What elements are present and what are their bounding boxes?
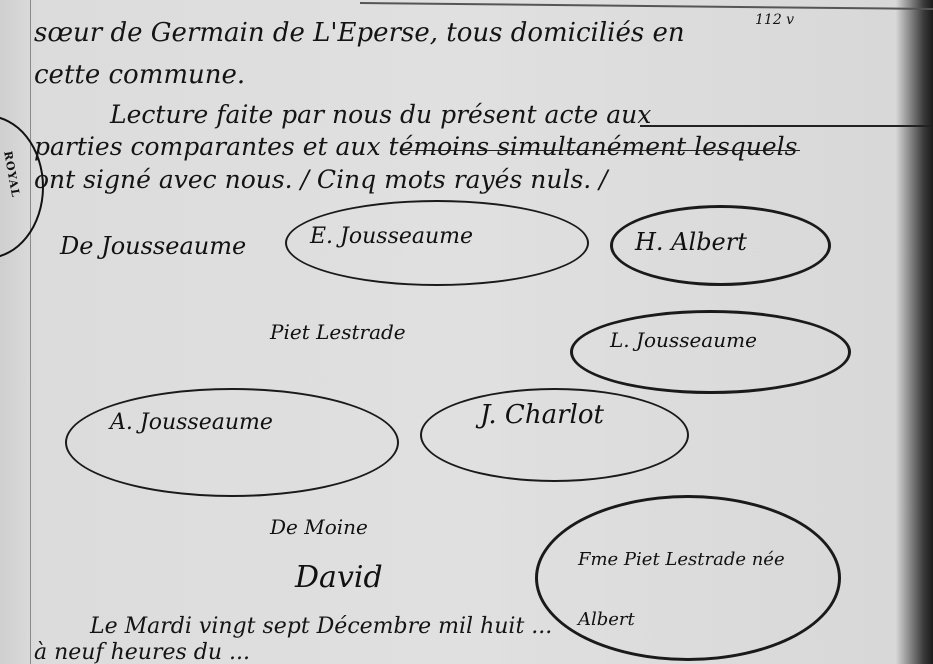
- signature-flourish: [570, 310, 851, 394]
- top-rule: [360, 2, 933, 10]
- signature: Fme Piet Lestrade née Albert: [578, 530, 798, 650]
- signature: Piet Lestrade: [270, 320, 406, 344]
- strike-line: [400, 150, 800, 151]
- text-line-4: parties comparantes et aux témoins simul…: [34, 132, 797, 161]
- margin-rule: [30, 0, 31, 664]
- text-line-3: Lecture faite par nous du présent acte a…: [110, 100, 651, 129]
- folio-number: 112 v: [755, 12, 794, 28]
- signature: E. Jousseaume: [310, 224, 473, 249]
- signature: H. Albert: [635, 228, 747, 256]
- signature: David: [295, 560, 383, 595]
- text-line-1: sœur de Germain de L'Eperse, tous domici…: [34, 18, 685, 48]
- next-entry-line-2: à neuf heures du ...: [34, 640, 250, 664]
- signature-flourish: [65, 388, 399, 497]
- strike-line: [640, 125, 930, 127]
- text-line-2: cette commune.: [34, 60, 245, 90]
- signature: De Jousseaume: [60, 232, 246, 260]
- text-line-5: ont signé avec nous. / Cinq mots rayés n…: [34, 165, 608, 194]
- signature: De Moine: [270, 515, 368, 539]
- signature: A. Jousseaume: [110, 410, 273, 435]
- register-page: ROYAL 112 v sœur de Germain de L'Eperse,…: [0, 0, 933, 664]
- next-entry-line-1: Le Mardi vingt sept Décembre mil huit ..…: [90, 614, 552, 639]
- signature: J. Charlot: [480, 400, 604, 430]
- signature: L. Jousseaume: [610, 328, 757, 352]
